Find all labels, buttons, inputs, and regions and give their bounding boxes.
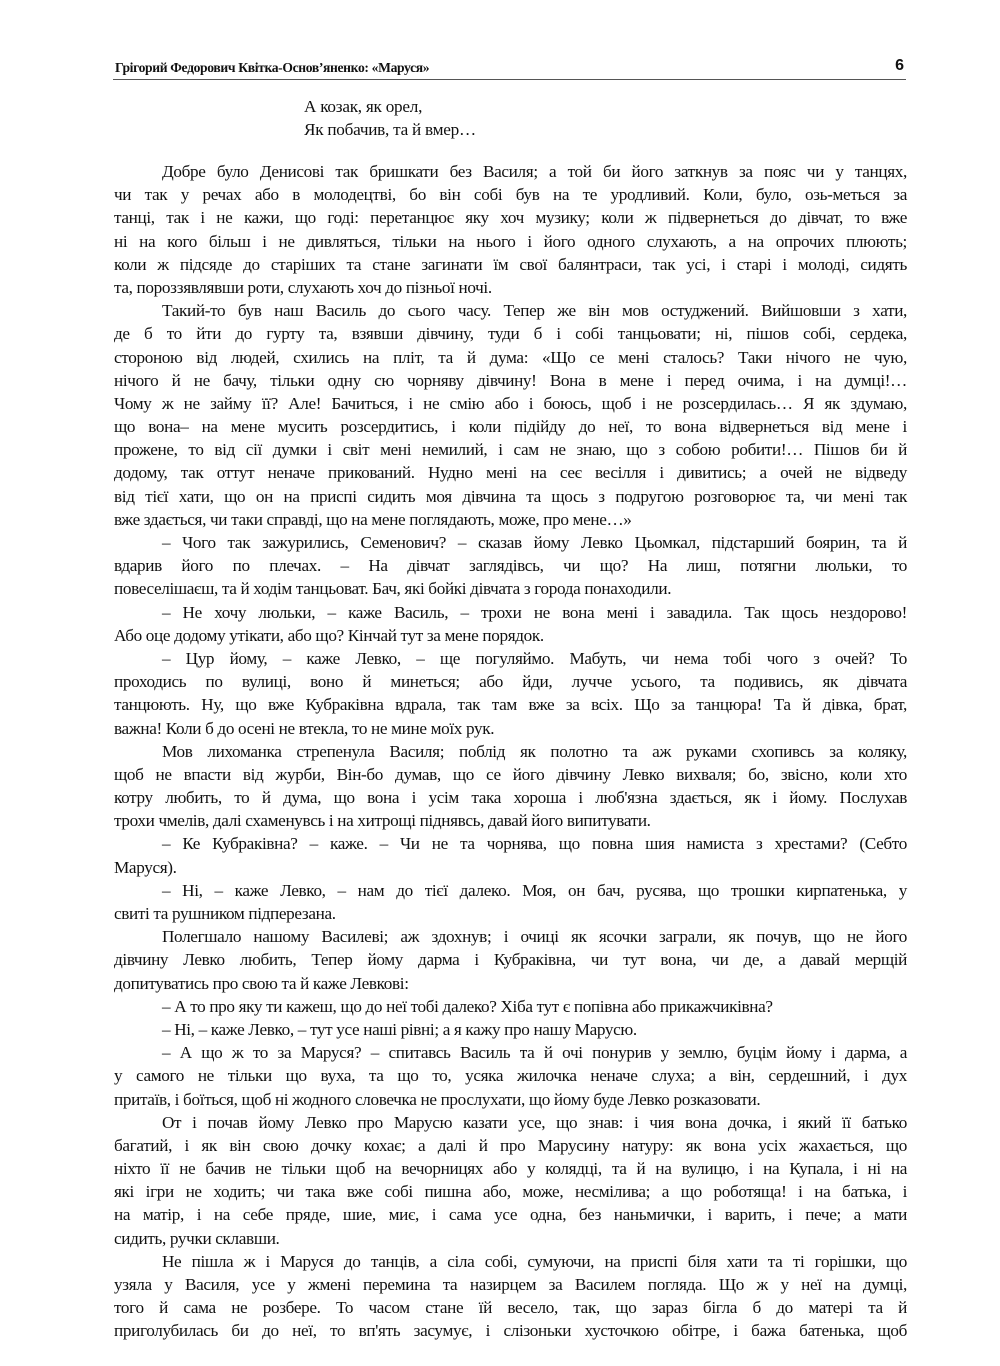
body-text: Добре було Денисові так бришкати без Вас… [114,160,907,1343]
text-line: – Цур йому, – каже Левко, – ще погуляймо… [114,647,907,670]
text-line: Такий-то був наш Василь до сього часу. Т… [114,299,907,322]
text-line: танці, так і не кажи, що годі: перетанцю… [114,206,907,229]
text-line: коли ж підсяде до старіших та стане заги… [114,253,907,276]
text-line: От і почав йому Левко про Марусю казати … [114,1111,907,1134]
text-line: що вона– на мене мусить розсердитись, і … [114,415,907,438]
text-line: – Ке Кубраківна? – каже. – Чи не та чорн… [114,832,907,855]
text-line: допитуватись про свою та й каже Левкові: [114,972,907,995]
page-number: 6 [895,57,904,75]
paragraph: Такий-то був наш Василь до сього часу. Т… [114,299,907,531]
text-line: трохи чмелів, далі схаменувсь і на хитро… [114,809,907,832]
text-line: узяла у Василя, усе у жмені перемина та … [114,1273,907,1296]
paragraph: Добре було Денисові так бришкати без Вас… [114,160,907,299]
text-line: Чому ж не займу її? Але! Бачиться, і не … [114,392,907,415]
text-line: – Чого так зажурились, Семенович? – сказ… [114,531,907,554]
text-line: на матір, і на себе пряде, шие, миє, і с… [114,1203,907,1226]
paragraph: Мов лихоманка стрепенула Василя; поблід … [114,740,907,833]
text-line: притаїв, і боїться, щоб ні жодного слове… [114,1088,907,1111]
text-line: прожене, то від сії думки і світ мені не… [114,438,907,461]
text-line: у самого не тільки що вуха, та що то, ус… [114,1064,907,1087]
text-line: котру любить, то й дума, що вона і усім … [114,786,907,809]
text-line: де б то йти до гурту та, взявши дівчину,… [114,322,907,345]
text-line: ні на кого більш і не дивляться, тільки … [114,230,907,253]
paragraph: – Ні, – каже Левко, – нам до тієї далеко… [114,879,907,925]
text-line: Добре було Денисові так бришкати без Вас… [114,160,907,183]
text-line: Полегшало нашому Василеві; аж здохнув; і… [114,925,907,948]
text-line: та, пороззявлявши роти, слухають хоч до … [114,276,907,299]
verse-line: Як побачив, та й вмер… [304,119,476,142]
text-line: чи так у речах або в молодецтві, бо він … [114,183,907,206]
text-line: Не пішла ж і Маруся до танців, а сіла со… [114,1250,907,1273]
text-line: того й сама не розбере. То часом стане ї… [114,1296,907,1319]
text-line: – А що ж то за Маруся? – спитавсь Василь… [114,1041,907,1064]
text-line: дівчину Левко любить, Тепер йому дарма і… [114,948,907,971]
paragraph: Полегшало нашому Василеві; аж здохнув; і… [114,925,907,995]
paragraph: – Цур йому, – каже Левко, – ще погуляймо… [114,647,907,740]
text-line: щоб не впасти від журби, Він-бо думав, щ… [114,763,907,786]
text-line: нічого й не бачу, тільки одну сю чорняву… [114,369,907,392]
paragraph: От і почав йому Левко про Марусю казати … [114,1111,907,1250]
paragraph: – Не хочу люльки, – каже Василь, – трохи… [114,601,907,647]
text-line: вже здається, чи таки справді, що на мен… [114,508,907,531]
text-line: багатий, і як він свою дочку кохає; а да… [114,1134,907,1157]
paragraph: – Ке Кубраківна? – каже. – Чи не та чорн… [114,832,907,878]
text-line: приголубилась би до неї, то вп'ять засум… [114,1319,907,1342]
paragraph: – Чого так зажурились, Семенович? – сказ… [114,531,907,601]
paragraph: – А то про яку ти кажеш, що до неї тобі … [114,995,907,1018]
running-header: Грігорий Федорович Квітка-Основ’яненко: … [113,58,906,80]
paragraph: – А що ж то за Маруся? – спитавсь Василь… [114,1041,907,1111]
paragraph: – Ні, – каже Левко, – тут усе наші рівні… [114,1018,907,1041]
text-line: – Не хочу люльки, – каже Василь, – трохи… [114,601,907,624]
text-line: ніхто її не бачив не тільки щоб на вечор… [114,1157,907,1180]
text-line: проходись по вулиці, воно й минеться; аб… [114,670,907,693]
text-line: вдарив його по плечах. – На дівчат загля… [114,554,907,577]
text-line: свиті та рушником підперезана. [114,902,907,925]
document-page: Грігорий Федорович Квітка-Основ’яненко: … [0,0,1000,1366]
text-line: повеселішаєш, та й ходім танцьоват. Бач,… [114,577,907,600]
text-line: стороною від людей, схились на пліт, та … [114,346,907,369]
text-line: додому, так оттут неначе прикований. Нуд… [114,461,907,484]
text-line: Маруся). [114,856,907,879]
text-line: – Ні, – каже Левко, – нам до тієї далеко… [114,879,907,902]
text-line: танцюють. Ну, що вже Кубраківна вдрала, … [114,693,907,716]
text-line: сидить, ручки склавши. [114,1227,907,1250]
paragraph: Не пішла ж і Маруся до танців, а сіла со… [114,1250,907,1343]
text-line: Мов лихоманка стрепенула Василя; поблід … [114,740,907,763]
text-line: Або оце додому утікати, або що? Кінчай т… [114,624,907,647]
header-title: Грігорий Федорович Квітка-Основ’яненко: … [115,60,429,76]
text-line: важна! Коли б до осені не втекла, то не … [114,717,907,740]
text-line: – Ні, – каже Левко, – тут усе наші рівні… [114,1018,907,1041]
text-line: – А то про яку ти кажеш, що до неї тобі … [114,995,907,1018]
verse-epigraph: А козак, як орел, Як побачив, та й вмер… [304,96,476,141]
text-line: від тієї хати, що он на приспі сидить мо… [114,485,907,508]
text-line: які ігри не ходить; чи така вже собі пиш… [114,1180,907,1203]
verse-line: А козак, як орел, [304,96,476,119]
